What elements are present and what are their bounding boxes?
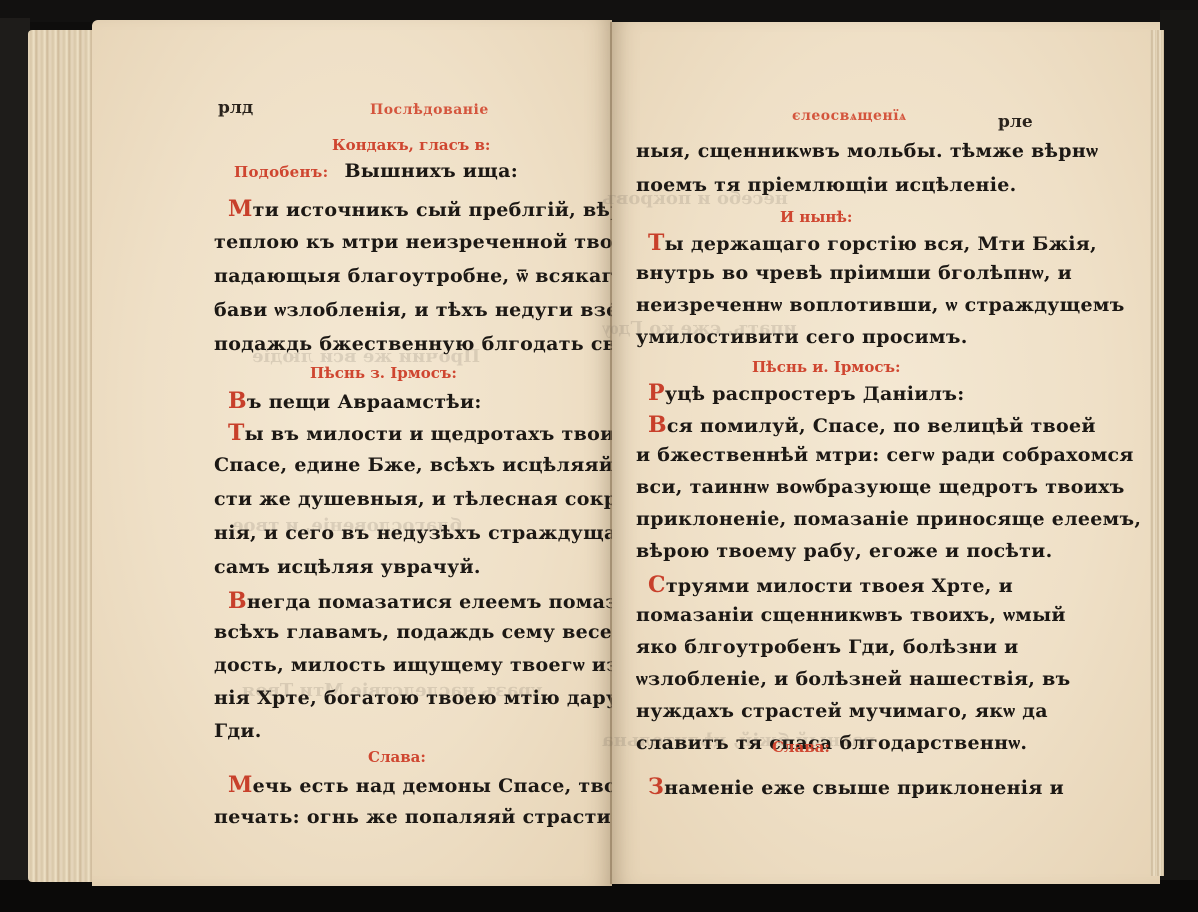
- line-text: ныя, сщенникѡвъ мольбы. тѣмже вѣрнѡ: [636, 140, 1098, 162]
- line-text: самъ исцѣляя уврачуй.: [214, 556, 481, 578]
- line-text: нуждахъ страстей мучимаго, якѡ да: [636, 700, 1048, 722]
- red-initial-letter: М: [228, 772, 253, 798]
- line-text: неизреченнѡ воплотивши, ѡ страждущемъ: [636, 294, 1125, 316]
- text-line: вси, таиннѡ воѡбразующе щедротъ твоихъ: [636, 476, 1125, 499]
- line-text: ы держащаго горстію вся, Мти Бжія,: [665, 233, 1097, 255]
- line-text: приклоненіе, помазаніе приносяще елеемъ,: [636, 508, 1141, 530]
- line-text: сти же душевныя, и тѣлесная сокруше-: [214, 488, 671, 510]
- line-text: славитъ тя спаса блгодарственнѡ.: [636, 732, 1027, 754]
- text-line: яко блгоутробенъ Гди, болѣзни и: [636, 636, 1019, 658]
- line-text: ы въ милости и щедротахъ твоихъ: [245, 423, 641, 445]
- rubric-heading: Слава:: [772, 738, 830, 756]
- line-text: вси, таиннѡ воѡбразующе щедротъ твоихъ: [636, 476, 1125, 498]
- text-line: нія Хрте, богатою твоею мтію дару,: [214, 687, 625, 709]
- page-stack-right-edge: [1150, 30, 1164, 876]
- rubric-heading: Пѣснь и. Ірмосъ:: [752, 358, 901, 376]
- text-line: и бжественнѣй мтри: сегѡ ради собрахомся: [636, 444, 1134, 467]
- red-initial-letter: З: [648, 774, 664, 800]
- text-line: Знаменіе еже свыше приклоненія и: [648, 774, 1064, 800]
- line-text: вѣрою твоему рабу, егоже и посѣти.: [636, 540, 1052, 562]
- line-text: яко блгоутробенъ Гди, болѣзни и: [636, 636, 1019, 658]
- red-initial-letter: Р: [648, 380, 665, 406]
- line-text: ъ пещи Авраамстѣи:: [247, 391, 482, 413]
- text-line: славитъ тя спаса блгодарственнѡ.: [636, 732, 1027, 755]
- text-line: Гди.: [214, 720, 262, 742]
- text-line: вѣрою твоему рабу, егоже и посѣти.: [636, 540, 1052, 562]
- text-line: поемъ тя пріемлющіи исцѣленіе.: [636, 174, 1017, 196]
- text-line: Ты держащаго горстію вся, Мти Бжія,: [648, 230, 1097, 256]
- line-text: наменіе еже свыше приклоненія и: [664, 777, 1064, 799]
- line-text: помазаніи сщенникѡвъ твоихъ, ѡмый: [636, 604, 1066, 626]
- red-initial-letter: М: [228, 196, 253, 222]
- red-initial-letter: В: [228, 388, 247, 414]
- text-line: неизреченнѡ воплотивши, ѡ страждущемъ: [636, 294, 1125, 317]
- book-cover-right: [1160, 10, 1198, 900]
- line-text: уцѣ распростеръ Даніилъ:: [665, 383, 965, 405]
- text-line: Руцѣ распростеръ Даніилъ:: [648, 380, 965, 406]
- text-line: нія, и сего въ недузѣхъ страждущаго,: [214, 522, 648, 544]
- right-page: єлеосвѧщенїѧ рле несебо и покровъ ипатъ,…: [612, 22, 1160, 884]
- text-line: Внегда помазатися елеемъ помазанія: [228, 588, 666, 614]
- line-text: и бжественнѣй мтри: сегѡ ради собрахомся: [636, 444, 1134, 466]
- text-line: Вся помилуй, Спасе, по велицѣй твоей: [648, 412, 1096, 438]
- line-text: бави ѡзлобленія, и тѣхъ недуги взе́мъ,: [214, 299, 657, 321]
- line-text: падающыя благоутробне, ѿ всякагѡ из-: [214, 265, 668, 287]
- text-line: нуждахъ страстей мучимаго, якѡ да: [636, 700, 1048, 723]
- text-line: Подобенъ:Вышнихъ ища:: [234, 160, 518, 182]
- left-folio: рлд: [218, 98, 253, 118]
- text-line: ныя, сщенникѡвъ мольбы. тѣмже вѣрнѡ: [636, 140, 1098, 163]
- text-line: помазаніи сщенникѡвъ твоихъ, ѡмый: [636, 604, 1066, 627]
- text-line: Ты въ милости и щедротахъ твоихъ: [228, 420, 641, 446]
- line-text: ся помилуй, Спасе, по велицѣй твоей: [667, 415, 1096, 437]
- rubric-heading: Кондакъ, гласъ в:: [332, 136, 490, 154]
- text-line: падающыя благоутробне, ѿ всякагѡ из-: [214, 265, 668, 288]
- page-stack-left-edge: [28, 30, 96, 882]
- text-line: Мти источникъ сый преблгій, вѣрою: [228, 196, 657, 222]
- rubric-heading: Пѣснь з. Ірмосъ:: [310, 364, 457, 382]
- rubric-heading: Слава:: [368, 748, 426, 766]
- red-initial-letter: С: [648, 572, 666, 598]
- red-initial-letter: Т: [228, 420, 245, 446]
- left-running-head: Послѣдованіе: [370, 102, 489, 118]
- right-running-head: єлеосвѧщенїѧ: [792, 108, 907, 125]
- red-initial-letter: В: [648, 412, 667, 438]
- text-line: ѡзлобленіе, и болѣзней нашествія, въ: [636, 668, 1071, 691]
- book-cover-left: [0, 18, 30, 898]
- line-text: внутрь во чревѣ пріимши бголѣпнѡ, и: [636, 262, 1072, 284]
- line-text: нія Хрте, богатою твоею мтію дару,: [214, 687, 625, 709]
- text-line: приклоненіе, помазаніе приносяще елеемъ,: [636, 508, 1141, 530]
- background-top: [0, 0, 1198, 22]
- text-line: сти же душевныя, и тѣлесная сокруше-: [214, 488, 671, 510]
- text-line: умилостивити сего просимъ.: [636, 326, 968, 348]
- line-text: Вышнихъ ища:: [344, 160, 518, 182]
- red-initial-letter: Т: [648, 230, 665, 256]
- line-text: умилостивити сего просимъ.: [636, 326, 968, 348]
- line-text: ти источникъ сый преблгій, вѣрою: [253, 199, 657, 221]
- line-text: Гди.: [214, 720, 262, 742]
- text-line: Въ пещи Авраамстѣи:: [228, 388, 482, 414]
- line-text: ечь есть над демоны Спасе, твоя: [253, 775, 632, 797]
- line-text: поемъ тя пріемлющіи исцѣленіе.: [636, 174, 1017, 196]
- line-text: труями милости твоея Хрте, и: [666, 575, 1013, 597]
- text-line: Струями милости твоея Хрте, и: [648, 572, 1013, 598]
- text-line: бави ѡзлобленія, и тѣхъ недуги взе́мъ,: [214, 299, 657, 322]
- text-line: самъ исцѣляя уврачуй.: [214, 556, 481, 578]
- text-line: внутрь во чревѣ пріимши бголѣпнѡ, и: [636, 262, 1072, 285]
- right-folio: рле: [998, 112, 1033, 132]
- line-text: негда помазатися елеемъ помазанія: [247, 591, 666, 613]
- rubric-label: Подобенъ:: [234, 163, 328, 181]
- line-text: нія, и сего въ недузѣхъ страждущаго,: [214, 522, 648, 544]
- line-text: ѡзлобленіе, и болѣзней нашествія, въ: [636, 668, 1071, 690]
- left-page: рлд Послѣдованіе Прочии же вси людіе бла…: [92, 20, 612, 886]
- red-initial-letter: В: [228, 588, 247, 614]
- text-line: Мечь есть над демоны Спасе, твоя: [228, 772, 631, 798]
- rubric-heading: И нынѣ:: [780, 208, 852, 226]
